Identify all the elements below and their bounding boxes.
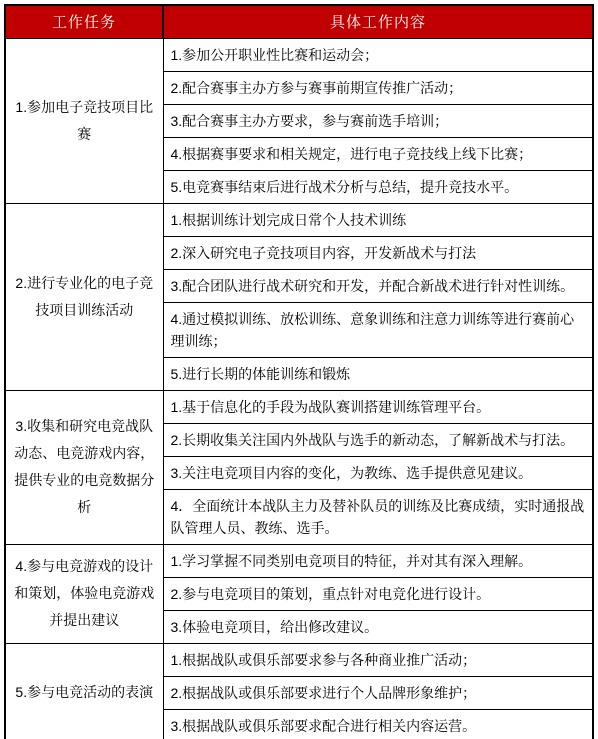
work-item: 2.配合赛事主办方参与赛事前期宣传推广活动； (163, 71, 593, 104)
column-header-content: 具体工作内容 (163, 5, 593, 38)
work-item: 3.配合赛事主办方要求，参与赛前选手培训； (163, 104, 593, 137)
work-item: 3.体验电竞项目，给出修改建议。 (163, 610, 593, 643)
table-row: 4.参与电竞游戏的设计和策划，体验电竞游戏并提出建议 1.学习掌握不同类别电竞项… (5, 544, 593, 577)
work-item: 4．全面统计本战队主力及替补队员的训练及比赛成绩，实时通报战队管理人员、教练、选… (163, 489, 593, 544)
work-item: 1.根据训练计划完成日常个人技术训练 (163, 203, 593, 236)
task-cell-1: 1.参加电子竞技项目比赛 (5, 38, 163, 203)
work-item: 2.根据战队或俱乐部要求进行个人品牌形象维护； (163, 676, 593, 709)
work-item: 2.深入研究电子竞技项目内容，开发新战术与打法 (163, 236, 593, 269)
task-cell-4: 4.参与电竞游戏的设计和策划，体验电竞游戏并提出建议 (5, 544, 163, 643)
column-header-task: 工作任务 (5, 5, 163, 38)
work-item: 5.电竞赛事结束后进行战术分析与总结，提升竞技水平。 (163, 170, 593, 203)
table-row: 2.进行专业化的电子竞技项目训练活动 1.根据训练计划完成日常个人技术训练 (5, 203, 593, 236)
task-cell-2: 2.进行专业化的电子竞技项目训练活动 (5, 203, 163, 390)
header-row: 工作任务 具体工作内容 (5, 5, 593, 38)
table-row: 3.收集和研究电竞战队动态、电竞游戏内容，提供专业的电竞数据分析 1.基于信息化… (5, 390, 593, 423)
work-item: 1.根据战队或俱乐部要求参与各种商业推广活动； (163, 643, 593, 676)
work-item: 5.进行长期的体能训练和锻炼 (163, 357, 593, 390)
work-item: 2.长期收集关注国内外战队与选手的新动态，了解新战术与打法。 (163, 423, 593, 456)
work-item: 1.参加公开职业性比赛和运动会； (163, 38, 593, 71)
work-item: 3.关注电竞项目内容的变化，为教练、选手提供意见建议。 (163, 456, 593, 489)
document-page: 工作任务 具体工作内容 1.参加电子竞技项目比赛 1.参加公开职业性比赛和运动会… (0, 0, 598, 739)
table-row: 5.参与电竞活动的表演 1.根据战队或俱乐部要求参与各种商业推广活动； (5, 643, 593, 676)
task-cell-5: 5.参与电竞活动的表演 (5, 643, 163, 739)
work-tasks-table: 工作任务 具体工作内容 1.参加电子竞技项目比赛 1.参加公开职业性比赛和运动会… (4, 4, 594, 739)
work-item: 2.参与电竞项目的策划，重点针对电竞化进行设计。 (163, 577, 593, 610)
work-item: 1.基于信息化的手段为战队赛训搭建训练管理平台。 (163, 390, 593, 423)
work-item: 3.根据战队或俱乐部要求配合进行相关内容运营。 (163, 709, 593, 739)
work-item: 4.通过模拟训练、放松训练、意象训练和注意力训练等进行赛前心理训练； (163, 302, 593, 357)
task-cell-3: 3.收集和研究电竞战队动态、电竞游戏内容，提供专业的电竞数据分析 (5, 390, 163, 544)
work-item: 1.学习掌握不同类别电竞项目的特征，并对其有深入理解。 (163, 544, 593, 577)
work-item: 3.配合团队进行战术研究和开发，并配合新战术进行针对性训练。 (163, 269, 593, 302)
work-item: 4.根据赛事要求和相关规定，进行电子竞技线上线下比赛； (163, 137, 593, 170)
table-row: 1.参加电子竞技项目比赛 1.参加公开职业性比赛和运动会； (5, 38, 593, 71)
